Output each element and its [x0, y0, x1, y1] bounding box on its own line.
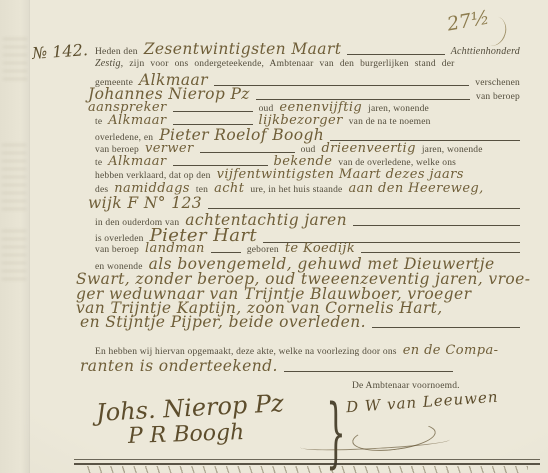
handwritten-text: en Stijntje Pijper, beide overleden. — [80, 313, 366, 331]
line-death-date: hebben verklaard, dat op den vijfentwint… — [95, 167, 520, 182]
ink-bleedthrough — [3, 35, 27, 80]
handwritten-house-number: wijk F N° 123 — [88, 194, 202, 212]
fill-line — [347, 54, 444, 55]
printed-text: zijn voor ons ondergeteekende, Ambtenaar… — [129, 59, 454, 69]
printed-text: En hebben wij hiervan opgemaakt, deze ak… — [95, 347, 397, 357]
printed-text: van beroep — [95, 245, 139, 255]
next-act-partial-handwriting — [84, 466, 528, 473]
handwritten-date: Zesentwintigsten Maart — [144, 40, 342, 58]
fill-line — [372, 327, 520, 328]
act-separator-rule — [74, 459, 540, 465]
handwritten-text: en de Compa- — [403, 343, 499, 358]
printed-text: Heden den — [95, 47, 138, 57]
official-caption: De Ambtenaar voornoemd. — [352, 381, 460, 391]
fill-line — [173, 124, 253, 125]
line-date-opening: Heden den Zesentwintigsten Maart Achttie… — [95, 40, 520, 58]
fill-line — [173, 111, 253, 112]
handwritten-death-date: vijfentwintigsten Maart dezes jaars — [217, 167, 464, 182]
printed-text: hebben verklaard, dat op den — [95, 171, 211, 181]
fill-line — [208, 208, 520, 209]
signature-official: D W van Leeuwen — [346, 388, 499, 417]
line-house-number: wijk F N° 123 — [88, 194, 520, 212]
fill-line — [211, 252, 241, 253]
line-closing-printed: En hebben wij hiervan opgemaakt, deze ak… — [95, 343, 520, 358]
signature-declarant2: P R Boogh — [128, 420, 245, 449]
fill-line — [173, 165, 268, 166]
printed-text: Achttienhonderd — [451, 46, 520, 57]
printed-text: geboren — [247, 245, 279, 255]
printed-text: Zestig, — [95, 58, 123, 69]
fill-line — [361, 252, 520, 253]
handwritten-text: ranten is onderteekend. — [80, 357, 278, 375]
line-registrar: Zestig, zijn voor ons ondergeteekende, A… — [95, 58, 520, 69]
handwritten-occupation: landman — [145, 241, 205, 256]
fill-line — [200, 152, 295, 153]
ink-bleedthrough — [2, 140, 26, 210]
ink-bleedthrough — [2, 225, 26, 280]
death-record-scan: 27½ № 142. Heden den Zesentwintigsten Ma… — [0, 0, 548, 473]
line-closing-handwritten: ranten is onderteekend. — [80, 357, 453, 375]
line-deceased-occupation-birthplace: van beroep landman geboren te Koedijk — [95, 241, 520, 256]
fill-line — [284, 371, 453, 372]
handwritten-birthplace: te Koedijk — [285, 241, 355, 256]
line-mother-deceased: en Stijntje Pijper, beide overleden. — [80, 313, 520, 331]
printed-text: De Ambtenaar voornoemd. — [352, 381, 460, 391]
act-number: № 142. — [31, 40, 88, 63]
